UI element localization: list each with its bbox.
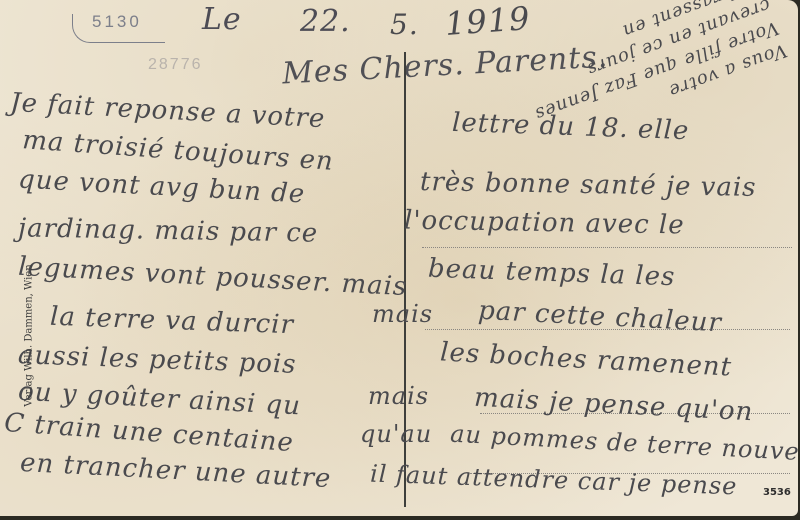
date-le: Le <box>202 2 242 37</box>
date-month: 5. <box>390 8 419 41</box>
crossing-fragment: mais <box>368 382 429 410</box>
letter-line: l'occupation avec le <box>404 206 685 241</box>
postcard-back: 5130 28776 Le 22. 5. 1919 Mes Chers. Par… <box>0 0 798 516</box>
letter-line: la terre va durcir <box>50 302 295 340</box>
letter-line: les boches ramenent <box>439 337 732 382</box>
letter-line: mais je pense qu'on <box>473 383 754 428</box>
faint-archive-number: 28776 <box>148 56 203 74</box>
publisher-imprint: Verlag Wilh. Dammen, Wien <box>24 261 35 411</box>
crossing-fragment: mais <box>372 300 433 328</box>
letter-line: très bonne santé je vais <box>420 167 757 203</box>
letter-line: beau temps la les <box>428 254 676 293</box>
print-number: 3536 <box>763 487 791 498</box>
letter-line: par cette chaleur <box>477 296 722 339</box>
catalog-number: 5130 <box>92 12 142 32</box>
letter-line: aussi les petits pois <box>18 340 298 380</box>
crossing-fragment: qu'au <box>360 420 432 448</box>
letter-line: il faut attendre car je pense <box>370 460 738 501</box>
letter-line: lettre du 18. elle <box>452 108 690 146</box>
letter-line: jardinag. mais par ce <box>18 213 319 248</box>
date-day: 22. <box>300 4 351 39</box>
letter-line: legumes vont pousser. mais <box>17 252 408 302</box>
address-line-1 <box>422 247 792 248</box>
